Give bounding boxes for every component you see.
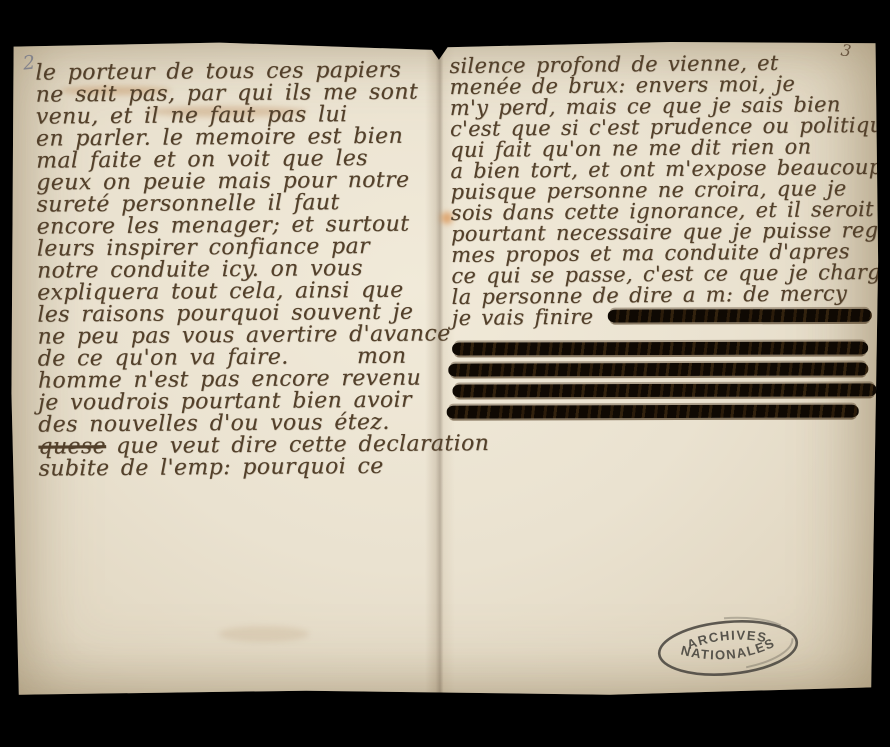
- handwritten-line: ne sait pas, par qui ils me sont: [36, 76, 444, 101]
- handwritten-line: expliquera tout cela, ainsi que: [37, 274, 445, 299]
- handwritten-line: des nouvelles d'ou vous étez.: [38, 406, 446, 431]
- paper-stain: [219, 626, 309, 642]
- redacted-text-bar: [452, 341, 868, 355]
- redacted-text-bar: [447, 405, 859, 419]
- letter-page-left: le porteur de tous ces papiers ne sait p…: [35, 54, 446, 475]
- handwritten-line: la personne de dire a m: de mercy: [451, 277, 871, 302]
- page-number-left: 2: [22, 51, 36, 74]
- handwritten-line-with-correction: queseque veut dire cette declaration: [38, 428, 446, 453]
- handwritten-line: le porteur de tous ces papiers: [35, 54, 443, 79]
- handwritten-line: notre conduite icy. on vous: [37, 252, 445, 277]
- handwritten-line: geux on peuie mais pour notre: [36, 164, 444, 189]
- handwritten-line: homme n'est pas encore revenu: [38, 362, 446, 387]
- redacted-text-bar: [448, 362, 868, 376]
- handwritten-line: ne peu pas vous avertire d'avance: [37, 318, 445, 343]
- letter-photograph: 2 3 le porteur de tous ces papiers ne sa…: [0, 0, 890, 747]
- letter-page-right: silence profond de vienne, et menée de b…: [449, 46, 873, 418]
- line-text: je vais finire: [452, 301, 594, 334]
- handwritten-line: en parler. le memoire est bien: [36, 120, 444, 145]
- letter-sheet: 2 3 le porteur de tous ces papiers ne sa…: [11, 36, 879, 698]
- handwritten-line: les raisons pourquoi souvent je: [37, 296, 445, 321]
- archives-nationales-stamp: ARCHIVES NATIONALES: [650, 609, 807, 686]
- redacted-text-bar: [453, 383, 877, 397]
- redacted-line: [452, 330, 872, 355]
- handwritten-line: je voudrois pourtant bien avoir: [38, 384, 446, 409]
- handwritten-line: encore les menager; et surtout: [37, 208, 445, 233]
- redacted-text-bar: [607, 308, 871, 322]
- handwritten-line: de ce qu'on va faire. mon: [38, 340, 446, 365]
